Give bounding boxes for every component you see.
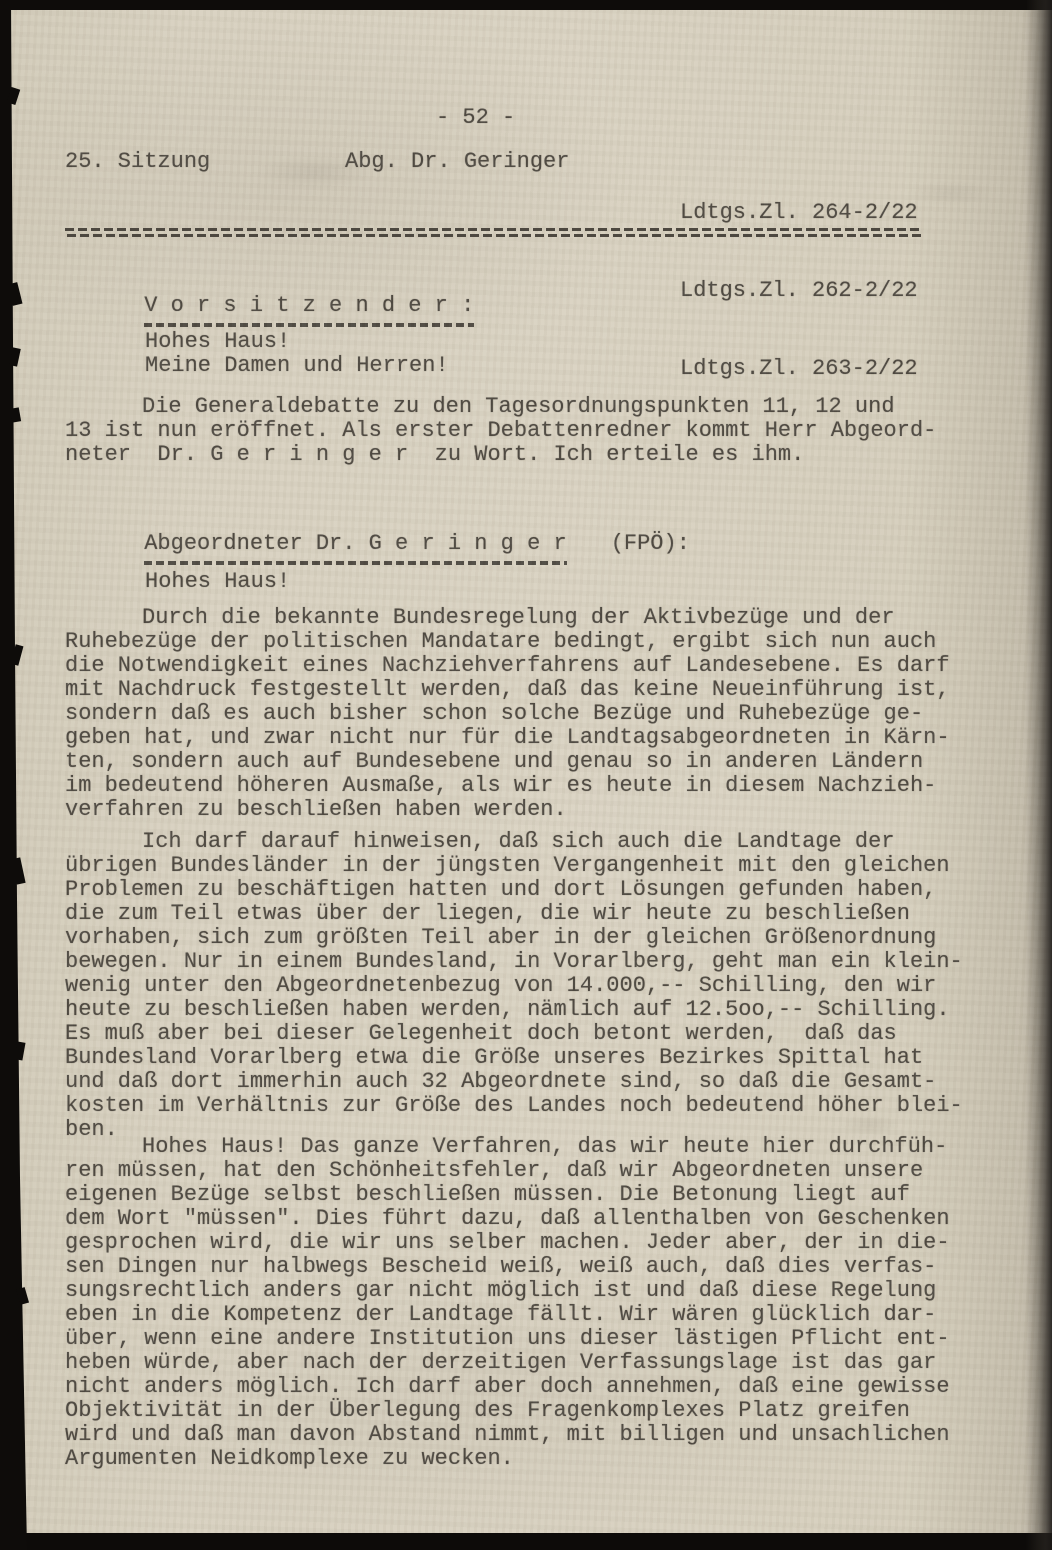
speaker-greeting: Hohes Haus! [145,570,290,594]
header-speaker-label: Abg. Dr. Geringer [345,150,569,174]
scan-frame: - 52 - 25. Sitzung Abg. Dr. Geringer Ldt… [0,0,1052,1550]
separator-dash-row [65,234,923,237]
separator-dash-row [65,228,923,231]
scanned-document: { "page": { "number_label": "- 52 -" }, … [0,0,1052,1550]
reference-number: Ldtgs.Zl. 263-2/22 [680,356,918,382]
header-reference-numbers: Ldtgs.Zl. 264-2/22 Ldtgs.Zl. 262-2/22 Ld… [680,148,918,434]
speaker-heading-party: (FPÖ): [611,531,690,556]
scan-edge-bottom [0,1533,1052,1550]
header-separator-line [65,228,923,240]
chairman-greeting: Hohes Haus! Meine Damen und Herren! [145,330,449,378]
speech-paragraph-1: Durch die bekannte Bundesregelung der Ak… [65,606,995,822]
speech-paragraph-3: Hohes Haus! Das ganze Verfahren, das wir… [65,1135,995,1471]
reference-number: Ldtgs.Zl. 262-2/22 [680,278,918,304]
speech-paragraph-2: Ich darf darauf hinweisen, daß sich auch… [65,830,995,1142]
reference-number: Ldtgs.Zl. 264-2/22 [680,200,918,226]
speaker-heading-name: Abgeordneter Dr. G e r i n g e r [144,531,566,565]
header-session-label: 25. Sitzung [65,150,210,174]
chairman-paragraph: Die Generaldebatte zu den Tagesordnungsp… [65,395,985,467]
page-number: - 52 - [436,106,515,130]
chairman-heading-text: V o r s i t z e n d e r : [144,293,474,327]
document-page: - 52 - 25. Sitzung Abg. Dr. Geringer Ldt… [0,10,1052,1533]
scan-edge-right [1026,0,1052,1550]
scan-smudge [905,180,995,206]
scan-edge-top [0,0,1052,10]
